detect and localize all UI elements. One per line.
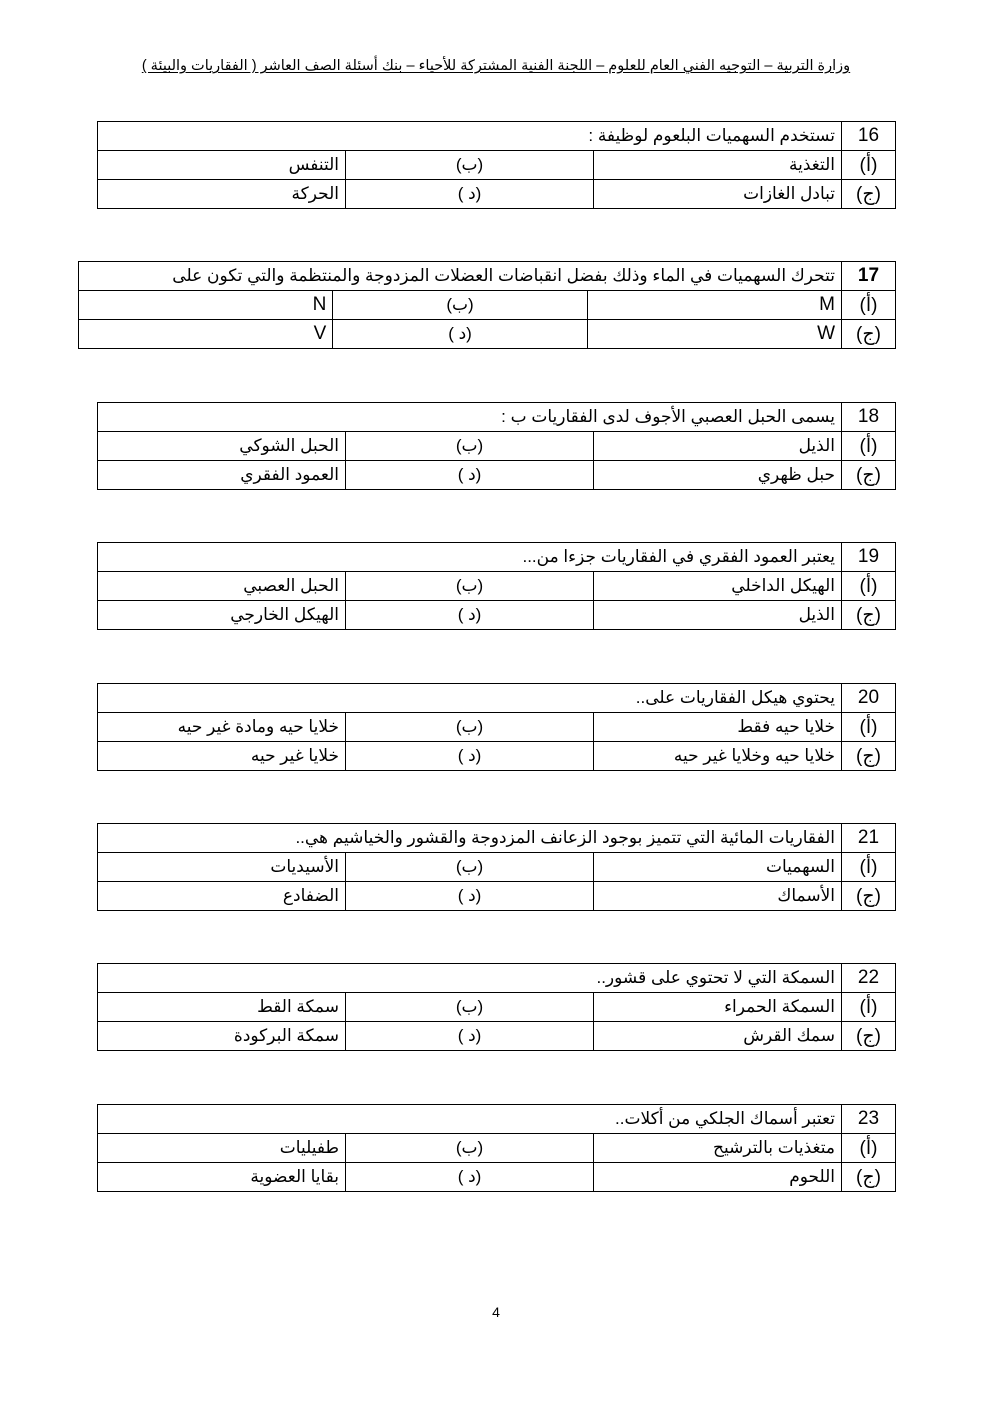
option-label-c: (ج) <box>842 180 896 209</box>
option-label-d: (د ) <box>346 1163 594 1192</box>
option-label-d: (د ) <box>346 882 594 911</box>
option-b[interactable]: طفيليات <box>98 1134 346 1163</box>
option-label-c: (ج) <box>842 742 896 771</box>
option-d[interactable]: الهيكل الخارجي <box>98 601 346 630</box>
question-16: 16 تستخدم السهميات البلعوم لوظيفة : (أ) … <box>97 121 896 209</box>
option-a[interactable]: السمكة الحمراء <box>594 993 842 1022</box>
option-label-b: (ب) <box>346 713 594 742</box>
question-number: 22 <box>842 964 896 993</box>
option-d[interactable]: العمود الفقري <box>98 461 346 490</box>
question-number: 23 <box>842 1105 896 1134</box>
question-text: السمكة التي لا تحتوي على قشور.. <box>98 964 842 993</box>
option-label-c: (ج) <box>842 1163 896 1192</box>
question-text: يسمى الحبل العصبي الأجوف لدى الفقاريات ب… <box>98 403 842 432</box>
option-label-d: (د ) <box>333 320 587 349</box>
option-label-a: (أ) <box>842 853 896 882</box>
option-label-d: (د ) <box>346 601 594 630</box>
option-d[interactable]: خلايا غير حيه <box>98 742 346 771</box>
option-label-c: (ج) <box>842 461 896 490</box>
question-22: 22 السمكة التي لا تحتوي على قشور.. (أ) ا… <box>97 963 896 1051</box>
option-label-a: (أ) <box>842 291 896 320</box>
question-number: 20 <box>842 684 896 713</box>
question-text: يحتوي هيكل الفقاريات على.. <box>98 684 842 713</box>
question-21: 21 الفقاريات المائية التي تتميز بوجود ال… <box>97 823 896 911</box>
option-label-d: (د ) <box>346 180 594 209</box>
question-number: 18 <box>842 403 896 432</box>
option-label-a: (أ) <box>842 432 896 461</box>
option-label-b: (ب) <box>346 151 594 180</box>
option-label-b: (ب) <box>333 291 587 320</box>
option-c[interactable]: W <box>587 320 841 349</box>
page-number: 4 <box>0 1304 992 1320</box>
option-label-d: (د ) <box>346 461 594 490</box>
option-label-a: (أ) <box>842 1134 896 1163</box>
question-number: 21 <box>842 824 896 853</box>
question-text: تعتبر أسماك الجلكي من أكلات.. <box>98 1105 842 1134</box>
option-c[interactable]: حبل ظهري <box>594 461 842 490</box>
question-text: الفقاريات المائية التي تتميز بوجود الزعا… <box>98 824 842 853</box>
question-23: 23 تعتبر أسماك الجلكي من أكلات.. (أ) متغ… <box>97 1104 896 1192</box>
question-text: يعتبر العمود الفقري في الفقاريات جزءا من… <box>98 543 842 572</box>
option-label-b: (ب) <box>346 853 594 882</box>
question-number: 16 <box>842 122 896 151</box>
option-c[interactable]: الذيل <box>594 601 842 630</box>
option-d[interactable]: بقايا العضوية <box>98 1163 346 1192</box>
question-text: تستخدم السهميات البلعوم لوظيفة : <box>98 122 842 151</box>
option-a[interactable]: الهيكل الداخلي <box>594 572 842 601</box>
page-header: وزارة التربية – التوجيه الفني العام للعل… <box>0 58 992 74</box>
option-c[interactable]: الأسماك <box>594 882 842 911</box>
option-a[interactable]: متغذيات بالترشيح <box>594 1134 842 1163</box>
option-a[interactable]: الذيل <box>594 432 842 461</box>
option-c[interactable]: تبادل الغازات <box>594 180 842 209</box>
option-label-d: (د ) <box>346 1022 594 1051</box>
option-label-d: (د ) <box>346 742 594 771</box>
option-b[interactable]: الحبل العصبي <box>98 572 346 601</box>
option-b[interactable]: N <box>79 291 333 320</box>
option-label-c: (ج) <box>842 320 896 349</box>
option-label-c: (ج) <box>842 882 896 911</box>
option-label-a: (أ) <box>842 572 896 601</box>
option-a[interactable]: خلايا حيه فقط <box>594 713 842 742</box>
option-label-b: (ب) <box>346 993 594 1022</box>
question-number: 17 <box>842 262 896 291</box>
option-d[interactable]: V <box>79 320 333 349</box>
option-b[interactable]: خلايا حيه ومادة غير حيه <box>98 713 346 742</box>
option-b[interactable]: الحبل الشوكي <box>98 432 346 461</box>
question-text: تتحرك السهميات في الماء وذلك بفضل انقباض… <box>79 262 842 291</box>
header-title: وزارة التربية – التوجيه الفني العام للعل… <box>142 58 850 74</box>
option-a[interactable]: السهميات <box>594 853 842 882</box>
option-b[interactable]: سمكة القط <box>98 993 346 1022</box>
option-c[interactable]: اللحوم <box>594 1163 842 1192</box>
option-label-b: (ب) <box>346 572 594 601</box>
option-d[interactable]: الضفادع <box>98 882 346 911</box>
option-label-a: (أ) <box>842 713 896 742</box>
option-label-c: (ج) <box>842 1022 896 1051</box>
option-label-c: (ج) <box>842 601 896 630</box>
option-d[interactable]: الحركة <box>98 180 346 209</box>
option-c[interactable]: سمك القرش <box>594 1022 842 1051</box>
question-18: 18 يسمى الحبل العصبي الأجوف لدى الفقاريا… <box>97 402 896 490</box>
option-d[interactable]: سمكة البركودة <box>98 1022 346 1051</box>
option-b[interactable]: التنفس <box>98 151 346 180</box>
option-label-b: (ب) <box>346 432 594 461</box>
option-b[interactable]: الأسيديات <box>98 853 346 882</box>
option-a[interactable]: التغذية <box>594 151 842 180</box>
question-19: 19 يعتبر العمود الفقري في الفقاريات جزءا… <box>97 542 896 630</box>
option-a[interactable]: M <box>587 291 841 320</box>
option-label-a: (أ) <box>842 151 896 180</box>
option-label-a: (أ) <box>842 993 896 1022</box>
option-label-b: (ب) <box>346 1134 594 1163</box>
question-20: 20 يحتوي هيكل الفقاريات على.. (أ) خلايا … <box>97 683 896 771</box>
question-number: 19 <box>842 543 896 572</box>
question-17: 17 تتحرك السهميات في الماء وذلك بفضل انق… <box>78 261 896 349</box>
option-c[interactable]: خلايا حيه وخلايا غير حيه <box>594 742 842 771</box>
